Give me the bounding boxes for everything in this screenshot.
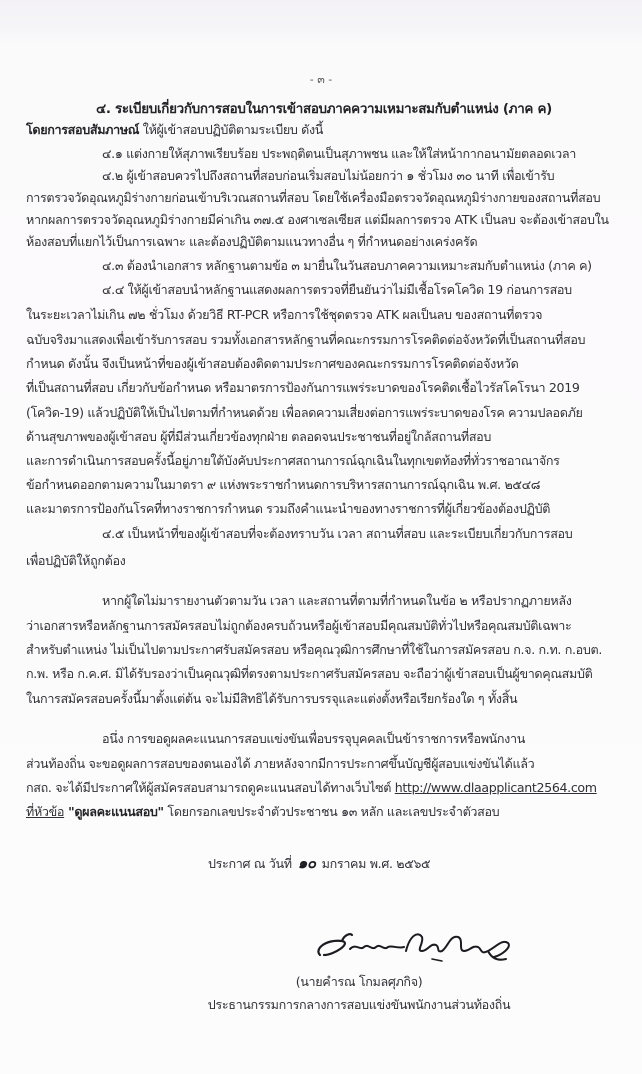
item-4-4-line-9: ข้อกำหนดออกตามความในมาตรา ๙ แห่งพระราชกำ… — [26, 476, 540, 494]
signatory-title: ประธานกรรมการกลางการสอบแข่งขันพนักงานส่ว… — [38, 995, 642, 1015]
page-number: - ๓ - — [0, 70, 642, 88]
announcement-date-suffix: มกราคม พ.ศ. ๒๕๖๕ — [322, 856, 431, 871]
item-4-4-line-6: (โควิด-19) แล้วปฏิบัติให้เป็นไปตามที่กำห… — [26, 404, 583, 422]
results-website-link[interactable]: http://www.dlaapplicant2564.com — [395, 780, 597, 795]
item-4-2-line-3: หากผลการตรวจวัดอุณหภูมิร่างกายมีค่าเกิน … — [26, 211, 609, 229]
disqualification-line-4: ก.พ. หรือ ก.ค.ศ. มิได้รับรองว่าเป็นคุณวุ… — [26, 665, 592, 683]
disqualification-line-2: ว่าเอกสารหรือหลักฐานการสมัครสอบไม่ถูกต้อ… — [26, 617, 571, 635]
section-heading: ๔. ระเบียบเกี่ยวกับการสอบในการเข้าสอบภาค… — [96, 101, 552, 119]
item-4-2-line-1: ๔.๒ ผู้เข้าสอบควรไปถึงสถานที่สอบก่อนเริ่… — [102, 167, 554, 185]
announcement-date: ประกาศ ณ วันที่๑๐มกราคม พ.ศ. ๒๕๖๕ — [208, 854, 430, 873]
announcement-date-prefix: ประกาศ ณ วันที่ — [208, 856, 292, 871]
item-4-1-line-1: ๔.๑ แต่งกายให้สุภาพเรียบร้อย ประพฤติตนเป… — [102, 145, 576, 163]
score-line-4-underlined: ที่หัวข้อ — [26, 804, 64, 819]
document-page: - ๓ - ๔. ระเบียบเกี่ยวกับการสอบในการเข้า… — [0, 0, 642, 1074]
score-topic-label: "ดูผลคะแนนสอบ" — [64, 804, 164, 819]
score-line-3: กสถ. จะได้มีประกาศให้ผู้สมัครสอบสามารถดู… — [26, 779, 597, 797]
section-subheading-bold: โดยการสอบสัมภาษณ์ — [26, 122, 139, 137]
item-4-4-line-4: กำหนด ดังนั้น จึงเป็นหน้าที่ของผู้เข้าสอ… — [26, 355, 518, 373]
signature-icon — [312, 925, 522, 969]
score-line-2: ส่วนท้องถิ่น จะขอดูผลการสอบของตนเองได้ ภ… — [26, 755, 534, 773]
section-subheading-rest: ให้ผู้เข้าสอบปฏิบัติตามระเบียบ ดังนี้ — [139, 122, 323, 137]
score-line-1: อนึ่ง การขอดูผลคะแนนการสอบแข่งขันเพื่อบร… — [102, 730, 525, 748]
item-4-4-line-3: ฉบับจริงมาแสดงเพื่อเข้ารับการสอบ รวมทั้ง… — [26, 331, 585, 349]
announcement-date-day: ๑๐ — [292, 854, 322, 872]
item-4-4-line-8: และการดำเนินการสอบครั้งนี้อยู่ภายใต้บังค… — [26, 452, 560, 470]
item-4-2-line-4: ห้องสอบที่แยกไว้เป็นการเฉพาะ และต้องปฏิบ… — [26, 233, 477, 251]
item-4-4-line-1: ๔.๔ ให้ผู้เข้าสอบนำหลักฐานแสดงผลการตรวจท… — [102, 281, 572, 299]
disqualification-line-5: ในการสมัครสอบครั้งนี้มาตั้งแต่ต้น จะไม่ม… — [26, 690, 517, 708]
score-line-4: ที่หัวข้อ "ดูผลคะแนนสอบ" โดยกรอกเลขประจำ… — [26, 803, 499, 821]
score-line-3-text: กสถ. จะได้มีประกาศให้ผู้สมัครสอบสามารถดู… — [26, 780, 395, 795]
item-4-5-line-1: ๔.๕ เป็นหน้าที่ของผู้เข้าสอบที่จะต้องทรา… — [102, 525, 572, 543]
disqualification-line-1: หากผู้ใดไม่มารายงานตัวตามวัน เวลา และสถา… — [102, 592, 572, 610]
item-4-3-line-1: ๔.๓ ต้องนำเอกสาร หลักฐานตามข้อ ๓ มายื่นใ… — [102, 257, 592, 275]
item-4-4-line-10: และมาตรการป้องกันโรคที่ทางราชการกำหนด รว… — [26, 500, 550, 518]
signatory-name: (นายคำรณ โกมลศุภกิจ) — [38, 972, 642, 992]
item-4-2-line-2: การตรวจวัดอุณหภูมิร่างกายก่อนเข้าบริเวณส… — [26, 189, 600, 207]
disqualification-line-3: สำหรับตำแหน่ง ไม่เป็นไปตามประกาศรับสมัคร… — [26, 641, 602, 659]
section-subheading: โดยการสอบสัมภาษณ์ ให้ผู้เข้าสอบปฏิบัติตา… — [26, 121, 323, 139]
item-4-4-line-2: ในระยะเวลาไม่เกิน ๗๒ ชั่วโมง ด้วยวิธี RT… — [26, 306, 542, 324]
score-line-4-rest: โดยกรอกเลขประจำตัวประชาชน ๑๓ หลัก และเลข… — [164, 804, 500, 819]
item-4-5-line-2: เพื่อปฏิบัติให้ถูกต้อง — [26, 552, 125, 570]
item-4-4-line-7: ด้านสุขภาพของผู้เข้าสอบ ผู้ที่มีส่วนเกี่… — [26, 428, 491, 446]
item-4-4-line-5: ที่เป็นสถานที่สอบ เกี่ยวกับข้อกำหนด หรือ… — [26, 379, 580, 397]
